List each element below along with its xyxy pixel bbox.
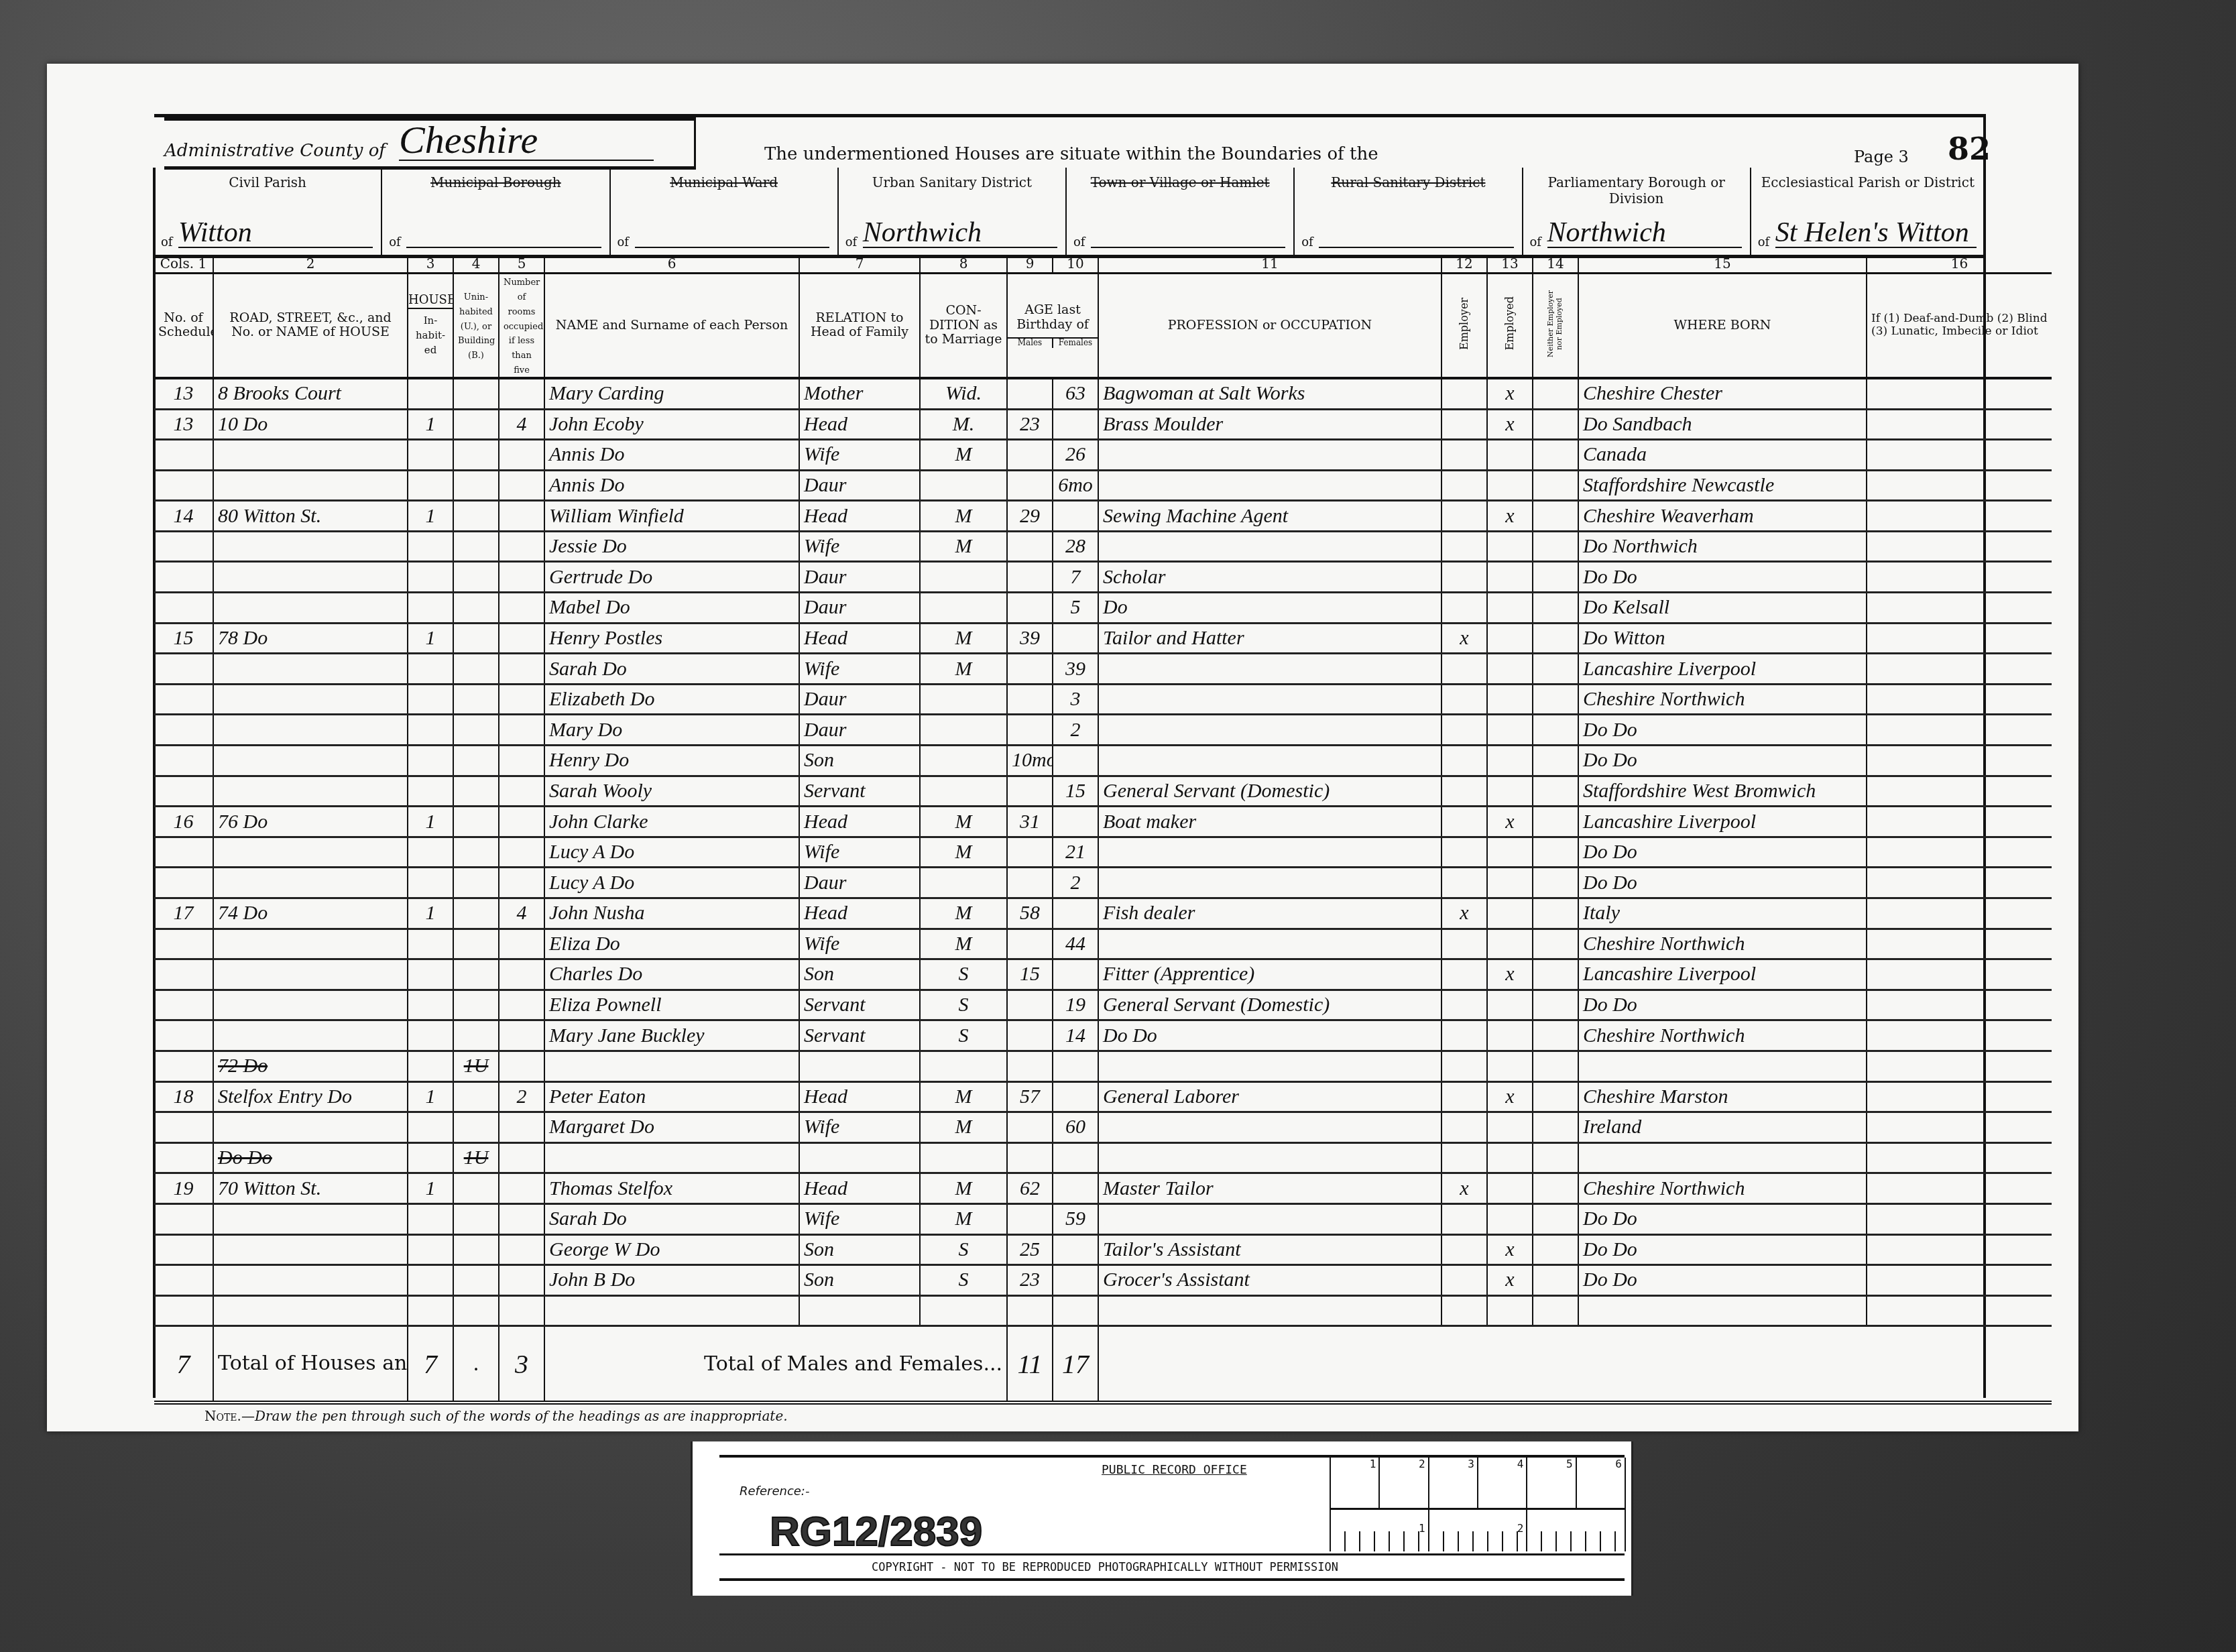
cell-inhabited: [408, 684, 453, 715]
cell-inhabited: 1: [408, 1173, 453, 1204]
boundary-of: of: [1301, 235, 1313, 249]
cell-road: 72 Do: [213, 1051, 408, 1081]
column-number: 10: [1053, 255, 1098, 274]
cell-neither: [1533, 440, 1578, 471]
scale-bottom: 12: [1331, 1510, 1626, 1551]
cell-inhabited: [408, 1295, 453, 1326]
cell-female-age: [1053, 623, 1098, 654]
cell-occupation: Fitter (Apprentice): [1098, 959, 1441, 990]
cell-inhabited: [408, 440, 453, 471]
cell-neither: [1533, 1265, 1578, 1296]
cell-uninhabited: [453, 959, 499, 990]
cell-inhabited: [408, 959, 453, 990]
cell-condition: M.: [920, 409, 1007, 440]
cell-rooms: [499, 746, 544, 776]
cell-uninhabited: [453, 746, 499, 776]
cell-infirmity: [1867, 562, 2052, 593]
cell-relation: [799, 1295, 920, 1326]
cell-occupation: [1098, 684, 1441, 715]
reference-frame: PUBLIC RECORD OFFICE Reference:- RG12/28…: [719, 1455, 1625, 1581]
cell-rooms: 4: [499, 898, 544, 929]
cell-female-age: [1053, 807, 1098, 837]
cell-infirmity: [1867, 1234, 2052, 1265]
cell-employer: [1441, 470, 1487, 501]
cell-schedule: [154, 562, 213, 593]
cell-relation: Head: [799, 409, 920, 440]
boundary-cell: Rural Sanitary Districtof: [1295, 168, 1523, 255]
scale-tick: 4: [1478, 1458, 1527, 1508]
cell-inhabited: [408, 1265, 453, 1296]
cell-employer: [1441, 1081, 1487, 1112]
cell-female-age: [1053, 746, 1098, 776]
cell-inhabited: [408, 929, 453, 959]
cell-female-age: 6mo: [1053, 470, 1098, 501]
cell-employer: [1441, 776, 1487, 807]
cell-female-age: 7: [1053, 562, 1098, 593]
cell-female-age: 28: [1053, 531, 1098, 562]
cell-born: Cheshire Northwich: [1578, 1173, 1867, 1204]
cell-relation: Wife: [799, 531, 920, 562]
cell-infirmity: [1867, 1173, 2052, 1204]
boundary-label: Municipal Ward: [611, 174, 837, 190]
boundary-label: Urban Sanitary District: [839, 174, 1065, 190]
boundary-value: Northwich: [1547, 219, 1742, 248]
cell-born: [1578, 1142, 1867, 1173]
cell-born: Do Do: [1578, 868, 1867, 898]
cell-infirmity: [1867, 837, 2052, 868]
cell-employer: [1441, 593, 1487, 624]
cell-occupation: [1098, 715, 1441, 746]
boundary-of: of: [845, 235, 858, 249]
cell-relation: Son: [799, 959, 920, 990]
cell-uninhabited: [453, 562, 499, 593]
scale-tick: 2: [1380, 1458, 1429, 1508]
cell-occupation: Boat maker: [1098, 807, 1441, 837]
cell-inhabited: [408, 776, 453, 807]
cell-rooms: [499, 1020, 544, 1051]
cell-uninhabited: [453, 1203, 499, 1234]
cell-road: 10 Do: [213, 409, 408, 440]
cell-male-age: 57: [1007, 1081, 1053, 1112]
cell-infirmity: [1867, 623, 2052, 654]
cell-neither: [1533, 378, 1578, 409]
table-row: Sarah DoWifeM59Do Do: [154, 1203, 2052, 1234]
cell-relation: Head: [799, 1081, 920, 1112]
cell-employed: [1487, 898, 1533, 929]
cell-road: [213, 531, 408, 562]
cell-schedule: [154, 1051, 213, 1081]
cell-schedule: [154, 1142, 213, 1173]
cell-neither: [1533, 959, 1578, 990]
boundary-label: Rural Sanitary District: [1295, 174, 1521, 190]
cell-inhabited: [408, 562, 453, 593]
cell-road: [213, 562, 408, 593]
cell-occupation: Grocer's Assistant: [1098, 1265, 1441, 1296]
cell-uninhabited: [453, 1173, 499, 1204]
cell-relation: Mother: [799, 378, 920, 409]
boundary-label: Town or Village or Hamlet: [1067, 174, 1293, 190]
cell-born: Lancashire Liverpool: [1578, 807, 1867, 837]
cell-road: Do Do: [213, 1142, 408, 1173]
cell-schedule: 13: [154, 378, 213, 409]
cell-inhabited: [408, 1020, 453, 1051]
cell-inhabited: [408, 715, 453, 746]
cell-inhabited: [408, 1051, 453, 1081]
cell-relation: Daur: [799, 593, 920, 624]
cell-employer: [1441, 531, 1487, 562]
cell-neither: [1533, 868, 1578, 898]
cell-condition: [920, 868, 1007, 898]
table-row: 1774 Do14John NushaHeadM58Fish dealerxIt…: [154, 898, 2052, 929]
cell-neither: [1533, 1234, 1578, 1265]
total-mf-label: Total of Males and Females...: [544, 1326, 1007, 1403]
cell-female-age: 14: [1053, 1020, 1098, 1051]
cell-male-age: 29: [1007, 501, 1053, 532]
scale-tick: 6: [1577, 1458, 1626, 1508]
cell-rooms: 4: [499, 409, 544, 440]
cell-employed: [1487, 715, 1533, 746]
cell-neither: [1533, 593, 1578, 624]
cell-male-age: 39: [1007, 623, 1053, 654]
cell-rooms: [499, 1112, 544, 1143]
scale-top: 123456: [1331, 1458, 1626, 1510]
cell-rooms: [499, 1234, 544, 1265]
cell-infirmity: [1867, 1203, 2052, 1234]
cell-uninhabited: 1U: [453, 1051, 499, 1081]
cell-uninhabited: [453, 776, 499, 807]
cell-infirmity: [1867, 715, 2052, 746]
col-employer: Employer: [1441, 274, 1487, 378]
page-label: Page 3: [1854, 147, 1909, 166]
cell-neither: [1533, 715, 1578, 746]
cell-neither: [1533, 501, 1578, 532]
cell-employed: x: [1487, 378, 1533, 409]
cell-uninhabited: [453, 378, 499, 409]
cell-infirmity: [1867, 959, 2052, 990]
cell-condition: M: [920, 807, 1007, 837]
cell-female-age: 2: [1053, 868, 1098, 898]
cell-relation: Servant: [799, 990, 920, 1020]
cell-born: Cheshire Northwich: [1578, 1020, 1867, 1051]
cell-condition: [920, 746, 1007, 776]
cell-condition: [920, 776, 1007, 807]
cell-schedule: [154, 1295, 213, 1326]
cell-infirmity: [1867, 1112, 2052, 1143]
cell-name: William Winfield: [544, 501, 799, 532]
col-born: WHERE BORN: [1578, 274, 1867, 378]
cell-neither: [1533, 409, 1578, 440]
cell-inhabited: 1: [408, 501, 453, 532]
cell-condition: M: [920, 1112, 1007, 1143]
table-row: Eliza DoWifeM44Cheshire Northwich: [154, 929, 2052, 959]
note-lead: Note.—: [204, 1408, 255, 1424]
cell-born: Do Witton: [1578, 623, 1867, 654]
cell-male-age: 15: [1007, 959, 1053, 990]
column-number: 12: [1441, 255, 1487, 274]
cell-rooms: [499, 959, 544, 990]
cell-uninhabited: [453, 531, 499, 562]
cell-occupation: [1098, 929, 1441, 959]
cell-road: [213, 837, 408, 868]
cell-employed: [1487, 990, 1533, 1020]
cell-infirmity: [1867, 593, 2052, 624]
cell-male-age: [1007, 1142, 1053, 1173]
cell-inhabited: [408, 654, 453, 685]
cell-female-age: 44: [1053, 929, 1098, 959]
cell-infirmity: [1867, 470, 2052, 501]
table-row: 1578 Do1Henry PostlesHeadM39Tailor and H…: [154, 623, 2052, 654]
cell-female-age: 5: [1053, 593, 1098, 624]
boundary-cell: Parliamentary Borough or DivisionofNorth…: [1523, 168, 1751, 255]
cell-occupation: [1098, 531, 1441, 562]
table-row: 1676 Do1John ClarkeHeadM31Boat makerxLan…: [154, 807, 2052, 837]
cell-inhabited: [408, 868, 453, 898]
cell-infirmity: [1867, 684, 2052, 715]
cell-employed: x: [1487, 1234, 1533, 1265]
cell-name: Sarah Do: [544, 1203, 799, 1234]
cell-female-age: 21: [1053, 837, 1098, 868]
cell-occupation: Master Tailor: [1098, 1173, 1441, 1204]
cell-schedule: [154, 593, 213, 624]
boundary-cell: Municipal Boroughof: [382, 168, 610, 255]
boundary-of: of: [1758, 235, 1770, 249]
cell-born: Do Northwich: [1578, 531, 1867, 562]
cell-rooms: [499, 1265, 544, 1296]
col-name: NAME and Surname of each Person: [544, 274, 799, 378]
cell-condition: M: [920, 501, 1007, 532]
cell-occupation: General Servant (Domestic): [1098, 990, 1441, 1020]
cell-inhabited: [408, 837, 453, 868]
cell-male-age: 25: [1007, 1234, 1053, 1265]
cell-employer: [1441, 868, 1487, 898]
cell-employed: [1487, 837, 1533, 868]
cell-relation: Servant: [799, 1020, 920, 1051]
cell-condition: [920, 593, 1007, 624]
cell-occupation: Sewing Machine Agent: [1098, 501, 1441, 532]
cell-employed: [1487, 868, 1533, 898]
cell-inhabited: 1: [408, 623, 453, 654]
cell-condition: S: [920, 1234, 1007, 1265]
cell-employer: x: [1441, 898, 1487, 929]
cell-born: Italy: [1578, 898, 1867, 929]
cell-condition: M: [920, 837, 1007, 868]
cell-male-age: [1007, 562, 1053, 593]
cell-male-age: 23: [1007, 409, 1053, 440]
cell-inhabited: 1: [408, 409, 453, 440]
cell-occupation: [1098, 837, 1441, 868]
cell-male-age: [1007, 1112, 1053, 1143]
cell-male-age: [1007, 929, 1053, 959]
cell-born: Do Sandbach: [1578, 409, 1867, 440]
cell-born: Do Do: [1578, 990, 1867, 1020]
boundary-cell: Civil ParishofWitton: [154, 168, 382, 255]
cell-male-age: [1007, 1295, 1053, 1326]
cell-female-age: [1053, 1051, 1098, 1081]
cell-uninhabited: [453, 1020, 499, 1051]
column-label-row: No. of Schedule ROAD, STREET, &c., and N…: [154, 274, 2052, 378]
cell-rooms: [499, 654, 544, 685]
boundary-value: St Helen's Witton: [1775, 219, 1977, 248]
cell-neither: [1533, 1295, 1578, 1326]
cell-name: John Clarke: [544, 807, 799, 837]
cell-name: Eliza Pownell: [544, 990, 799, 1020]
cell-relation: Wife: [799, 654, 920, 685]
cell-uninhabited: [453, 470, 499, 501]
cell-male-age: [1007, 837, 1053, 868]
cell-born: Ireland: [1578, 1112, 1867, 1143]
boundary-label: Parliamentary Borough or Division: [1523, 174, 1750, 206]
cell-neither: [1533, 562, 1578, 593]
cell-employer: [1441, 990, 1487, 1020]
census-table: Cols. 12345678910111213141516 No. of Sch…: [154, 255, 2052, 1405]
cell-schedule: [154, 776, 213, 807]
cell-occupation: [1098, 654, 1441, 685]
boundary-of: of: [389, 235, 401, 249]
cell-schedule: [154, 1112, 213, 1143]
cell-neither: [1533, 1051, 1578, 1081]
cell-infirmity: [1867, 440, 2052, 471]
cell-neither: [1533, 746, 1578, 776]
cell-schedule: 15: [154, 623, 213, 654]
boundary-value: Witton: [178, 219, 373, 248]
cell-male-age: [1007, 654, 1053, 685]
cell-female-age: [1053, 409, 1098, 440]
cell-relation: Daur: [799, 562, 920, 593]
total-inhabited: 7: [408, 1326, 453, 1403]
cell-uninhabited: [453, 837, 499, 868]
cell-female-age: 2: [1053, 715, 1098, 746]
cell-condition: [920, 1142, 1007, 1173]
cell-condition: M: [920, 1173, 1007, 1204]
cell-born: Staffordshire West Bromwich: [1578, 776, 1867, 807]
cell-rooms: [499, 593, 544, 624]
table-row: Annis DoWifeM26Canada: [154, 440, 2052, 471]
column-number: Cols. 1: [154, 255, 213, 274]
cell-relation: Wife: [799, 1203, 920, 1234]
cell-name: Eliza Do: [544, 929, 799, 959]
total-houses-label: Total of Houses and of Tenements with le…: [213, 1326, 408, 1403]
cell-occupation: [1098, 470, 1441, 501]
cell-road: [213, 1265, 408, 1296]
cell-female-age: [1053, 959, 1098, 990]
cell-employer: [1441, 440, 1487, 471]
table-row: 18Stelfox Entry Do12Peter EatonHeadM57Ge…: [154, 1081, 2052, 1112]
boundary-value: Northwich: [863, 219, 1057, 248]
boundary-cell: Ecclesiastical Parish or DistrictofSt He…: [1751, 168, 1985, 255]
cell-rooms: [499, 868, 544, 898]
cell-occupation: Do Do: [1098, 1020, 1441, 1051]
column-number: 3: [408, 255, 453, 274]
cell-occupation: [1098, 1112, 1441, 1143]
cell-road: [213, 470, 408, 501]
cell-uninhabited: [453, 501, 499, 532]
cell-inhabited: 1: [408, 1081, 453, 1112]
cell-road: [213, 684, 408, 715]
cell-occupation: General Laborer: [1098, 1081, 1441, 1112]
cell-neither: [1533, 1173, 1578, 1204]
cell-male-age: 10mo: [1007, 746, 1053, 776]
cell-employer: [1441, 715, 1487, 746]
table-row: Do Do1U: [154, 1142, 2052, 1173]
cell-rooms: [499, 1051, 544, 1081]
cell-rooms: [499, 929, 544, 959]
table-row: 138 Brooks CourtMary CardingMotherWid.63…: [154, 378, 2052, 409]
cell-employed: x: [1487, 1081, 1533, 1112]
column-number: 15: [1578, 255, 1867, 274]
table-row: 1310 Do14John EcobyHeadM.23Brass Moulder…: [154, 409, 2052, 440]
cell-male-age: [1007, 378, 1053, 409]
cell-male-age: [1007, 1020, 1053, 1051]
cell-relation: Head: [799, 1173, 920, 1204]
cell-relation: Son: [799, 1265, 920, 1296]
boundary-cell: Municipal Wardof: [611, 168, 839, 255]
cell-relation: Wife: [799, 837, 920, 868]
cell-schedule: [154, 929, 213, 959]
cell-schedule: [154, 990, 213, 1020]
cell-rooms: [499, 1173, 544, 1204]
cell-rooms: [499, 1203, 544, 1234]
cell-road: [213, 868, 408, 898]
cell-name: John B Do: [544, 1265, 799, 1296]
cell-occupation: [1098, 440, 1441, 471]
cell-uninhabited: [453, 1081, 499, 1112]
cell-employer: [1441, 1234, 1487, 1265]
table-row: Jessie DoWifeM28Do Northwich: [154, 531, 2052, 562]
cell-employer: [1441, 1203, 1487, 1234]
cell-born: Cheshire Northwich: [1578, 684, 1867, 715]
cell-born: Cheshire Weaverham: [1578, 501, 1867, 532]
cell-relation: Daur: [799, 684, 920, 715]
cell-schedule: [154, 837, 213, 868]
cell-infirmity: [1867, 1265, 2052, 1296]
cell-male-age: 31: [1007, 807, 1053, 837]
cell-infirmity: [1867, 868, 2052, 898]
cell-occupation: [1098, 868, 1441, 898]
boundary-of: of: [1073, 235, 1085, 249]
cell-condition: S: [920, 990, 1007, 1020]
table-row: Lucy A DoWifeM21Do Do: [154, 837, 2052, 868]
cell-employed: [1487, 531, 1533, 562]
table-row: Mary Jane BuckleyServantS14Do DoCheshire…: [154, 1020, 2052, 1051]
column-number: 7: [799, 255, 920, 274]
cell-employed: [1487, 776, 1533, 807]
cell-male-age: 58: [1007, 898, 1053, 929]
boundary-cell: Urban Sanitary DistrictofNorthwich: [839, 168, 1067, 255]
cell-inhabited: [408, 1112, 453, 1143]
cell-female-age: 39: [1053, 654, 1098, 685]
cell-road: [213, 746, 408, 776]
col-houses: HOUSES: [408, 294, 453, 309]
cell-female-age: [1053, 1081, 1098, 1112]
cell-road: [213, 1020, 408, 1051]
scale-tick: 1: [1331, 1510, 1429, 1551]
cell-name: Mary Do: [544, 715, 799, 746]
cell-occupation: Do: [1098, 593, 1441, 624]
cell-road: [213, 990, 408, 1020]
cell-neither: [1533, 623, 1578, 654]
table-row: Sarah WoolyServant15General Servant (Dom…: [154, 776, 2052, 807]
table-row: Mary DoDaur2Do Do: [154, 715, 2052, 746]
cell-inhabited: [408, 593, 453, 624]
cell-neither: [1533, 1112, 1578, 1143]
cell-condition: M: [920, 623, 1007, 654]
cell-schedule: [154, 1265, 213, 1296]
cell-born: Lancashire Liverpool: [1578, 654, 1867, 685]
cell-uninhabited: [453, 929, 499, 959]
table-row: 72 Do1U: [154, 1051, 2052, 1081]
cell-schedule: [154, 715, 213, 746]
scale-tick: 3: [1429, 1458, 1478, 1508]
